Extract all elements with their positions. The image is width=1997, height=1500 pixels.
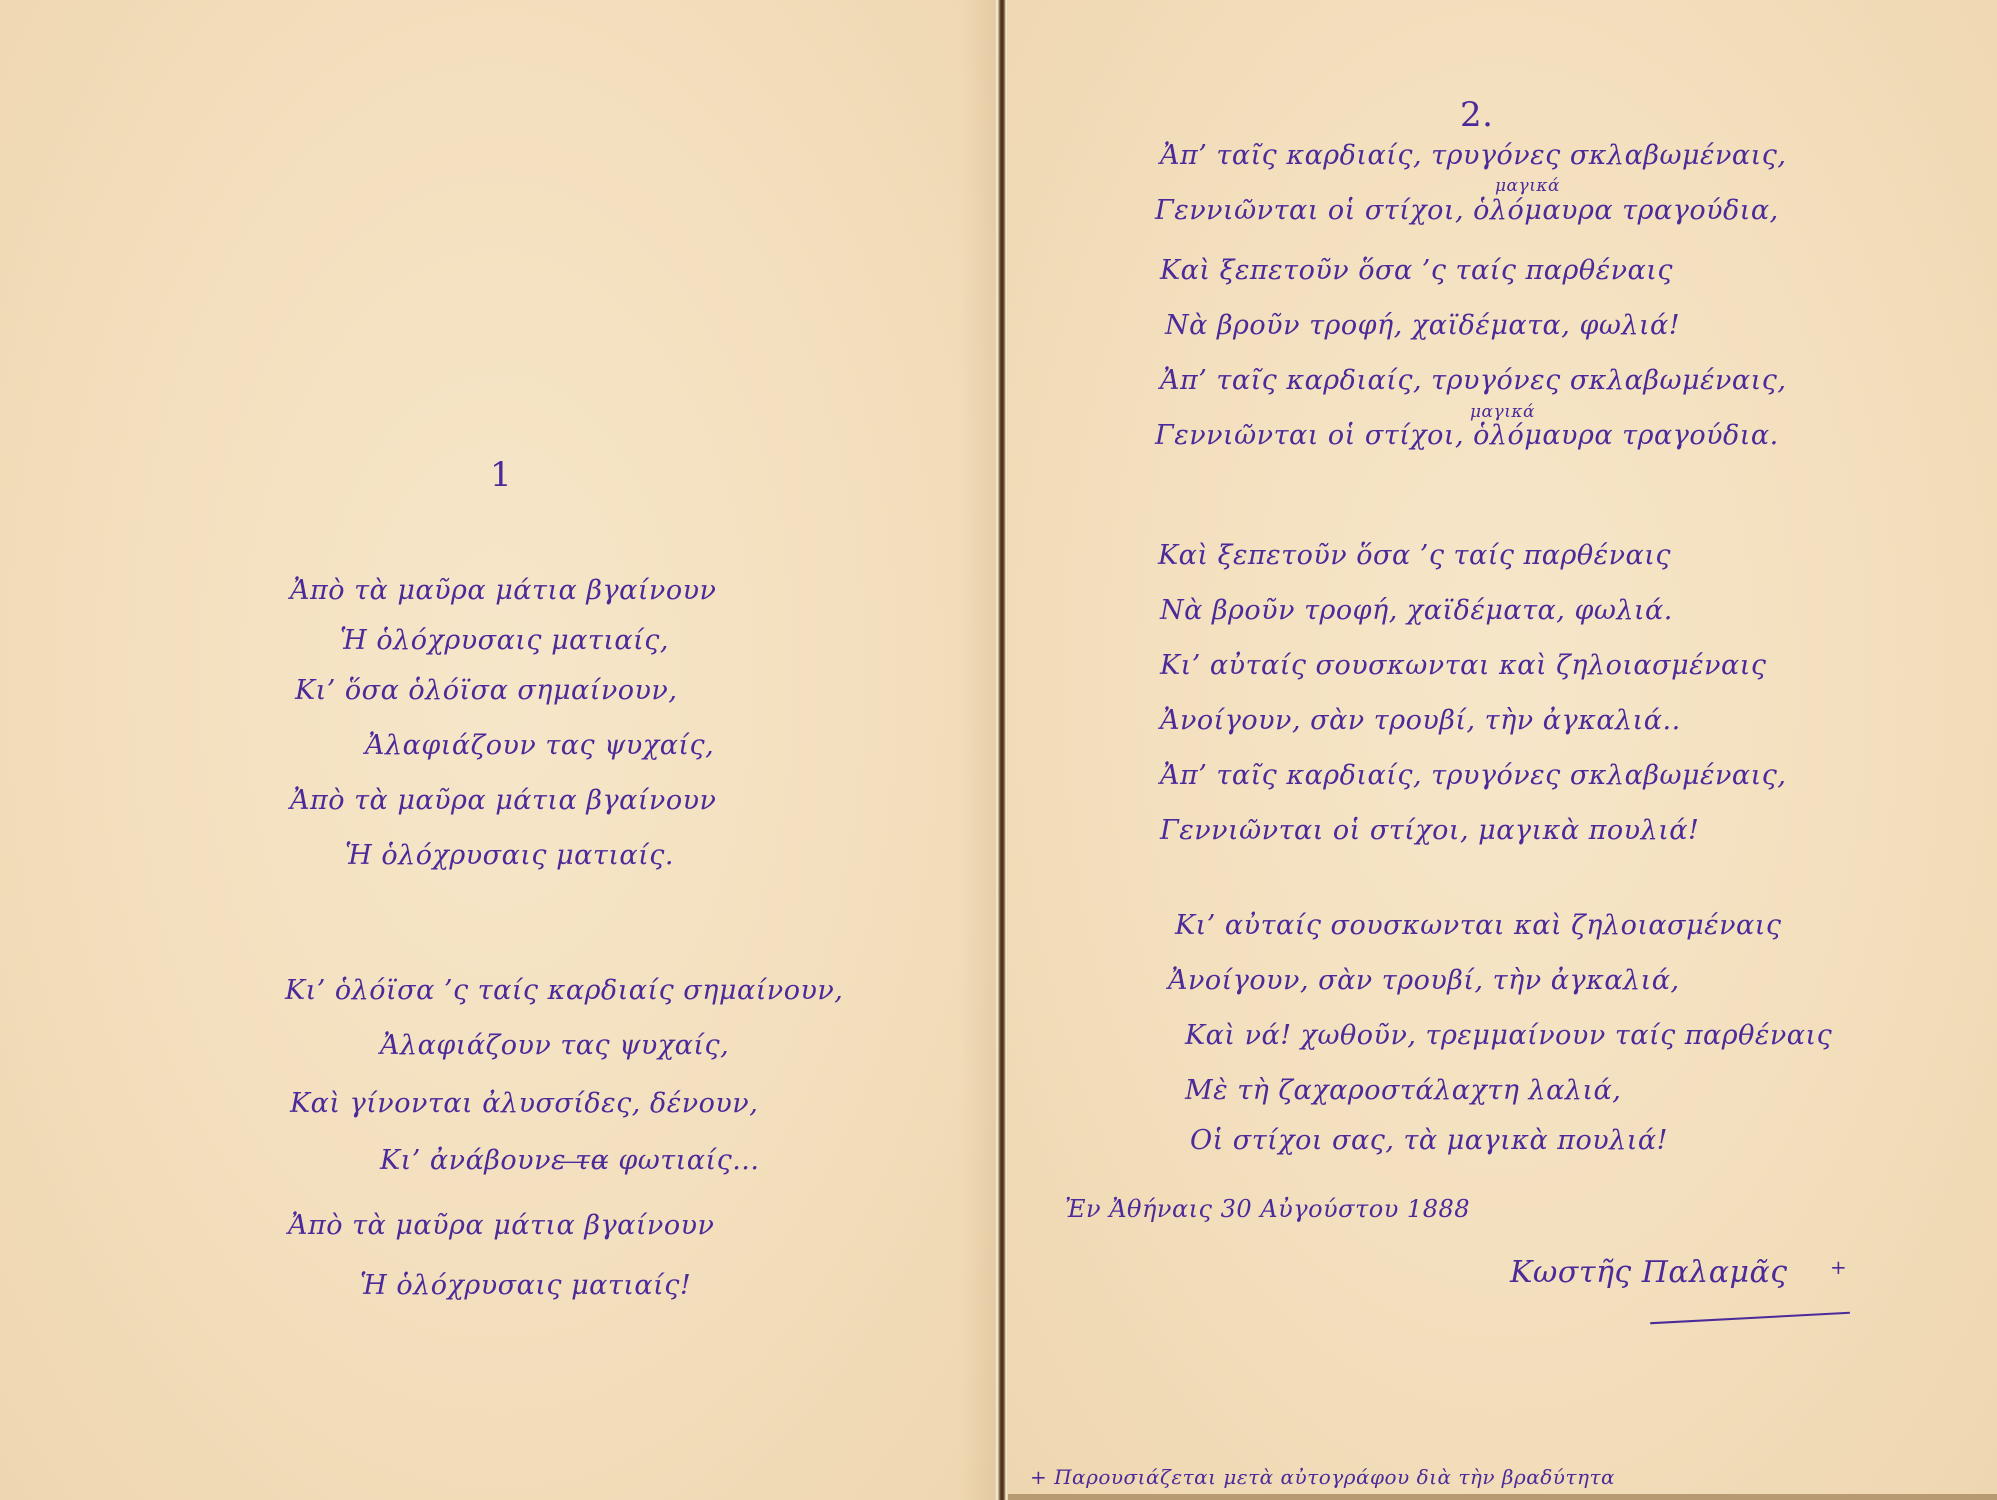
poem-line: Ἡ ὁλόχρυσαις ματιαίς, [340, 625, 669, 656]
poem-line: Νὰ βροῦν τροφή, χαϊδέματα, φωλιά! [1165, 310, 1680, 341]
signature-footnote-mark: + [1830, 1255, 1847, 1279]
manuscript-spread: 1 Ἀπὸ τὰ μαῦρα μάτια βγαίνουν Ἡ ὁλόχρυσα… [0, 0, 1997, 1500]
poem-line: Ἀνοίγουν, σὰν τρουβί, τὴν ἀγκαλιά.. [1160, 705, 1681, 736]
poem-line: Κι’ αὐταίς σουσκωνται καὶ ζηλοιασμέναις [1175, 910, 1781, 941]
interlinear-correction: μαγικά [1470, 402, 1535, 422]
poem-line: Ἀπὸ τὰ μαῦρα μάτια βγαίνουν [290, 575, 716, 606]
poem-line: Ἀπ’ ταῖς καρδιαίς, τρυγόνες σκλαβωμέναις… [1160, 140, 1786, 171]
signature: Κωστῆς Παλαμᾶς [1510, 1255, 1788, 1290]
dateline: Ἐν Ἀθήναις 30 Αὐγούστου 1888 [1065, 1195, 1470, 1223]
poem-line: Οἱ στίχοι σας, τὰ μαγικὰ πουλιά! [1190, 1125, 1668, 1156]
poem-line: Γεννιῶνται οἱ στίχοι, ὁλόμαυρα τραγούδια… [1155, 195, 1779, 226]
poem-line: Καὶ νά! χωθοῦν, τρεμμαίνουν ταίς παρθένα… [1185, 1020, 1832, 1051]
poem-line: Ἀπὸ τὰ μαῦρα μάτια βγαίνουν [288, 1210, 714, 1241]
poem-line: Γεννιῶνται οἱ στίχοι, μαγικὰ πουλιά! [1160, 815, 1699, 846]
poem-line: Καὶ ξεπετοῦν ὅσα ’ς ταίς παρθέναις [1158, 540, 1671, 571]
poem-line: Καὶ γίνονται ἀλυσσίδες, δένουν, [290, 1088, 758, 1119]
section-number-1: 1 [490, 455, 512, 495]
poem-line: Κι’ ὅσα ὁλόϊσα σημαίνουν, [295, 675, 677, 706]
poem-line: Ἀνοίγουν, σὰν τρουβί, τὴν ἀγκαλιά, [1168, 965, 1680, 996]
poem-line: Κι’ ἀνάβουνε ̶τ̶α̶ φωτιαίς... [380, 1145, 759, 1176]
page-footnote: + Παρουσιάζεται μετὰ αὐτογράφου διὰ τὴν … [1030, 1465, 1615, 1489]
poem-line: Κι’ αὐταίς σουσκωνται καὶ ζηλοιασμέναις [1160, 650, 1766, 681]
book-gutter [995, 0, 1008, 1500]
poem-line: Κι’ ὁλόϊσα ’ς ταίς καρδιαίς σημαίνουν, [285, 975, 843, 1006]
poem-line: Ἀπὸ τὰ μαῦρα μάτια βγαίνουν [290, 785, 716, 816]
poem-line: Ἀπ’ ταῖς καρδιαίς, τρυγόνες σκλαβωμέναις… [1160, 365, 1786, 396]
poem-line: Νὰ βροῦν τροφή, χαϊδέματα, φωλιά. [1160, 595, 1673, 626]
section-number-2: 2. [1460, 95, 1493, 135]
gutter-shadow-left [960, 0, 995, 1500]
poem-line: Ἀλαφιάζουν τας ψυχαίς, [365, 730, 714, 761]
poem-line: Ἡ ὁλόχρυσαις ματιαίς. [345, 840, 674, 871]
poem-line: Καὶ ξεπετοῦν ὅσα ’ς ταίς παρθέναις [1160, 255, 1673, 286]
poem-line: Ἡ ὁλόχρυσαις ματιαίς! [360, 1270, 691, 1301]
poem-line: Ἀλαφιάζουν τας ψυχαίς, [380, 1030, 729, 1061]
poem-line: Μὲ τὴ ζαχαροστάλαχτη λαλιά, [1185, 1075, 1621, 1106]
page-bottom-edge [1008, 1494, 1997, 1500]
poem-line: Ἀπ’ ταῖς καρδιαίς, τρυγόνες σκλαβωμέναις… [1160, 760, 1786, 791]
interlinear-correction: μαγικά [1495, 176, 1560, 196]
poem-line: Γεννιῶνται οἱ στίχοι, ὁλόμαυρα τραγούδια… [1155, 420, 1779, 451]
